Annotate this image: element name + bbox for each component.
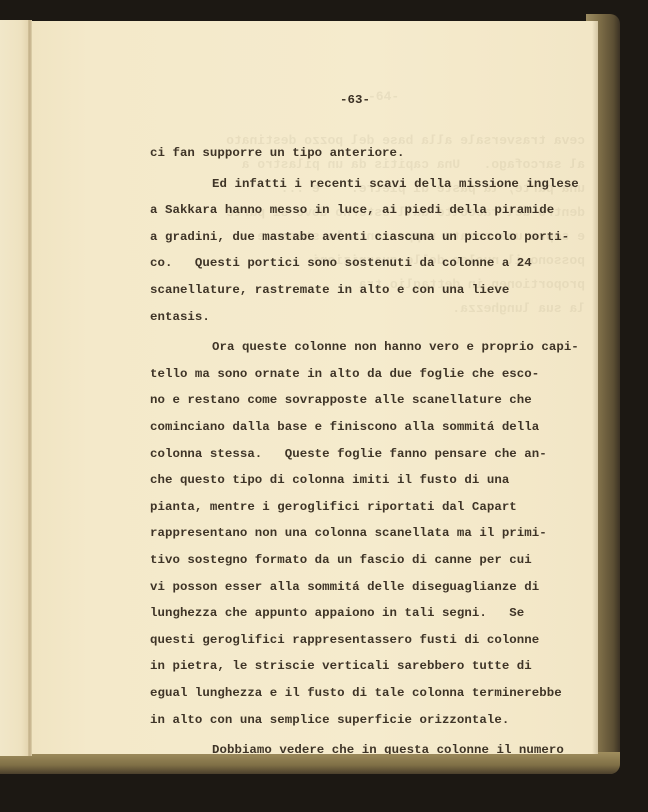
text-line: questi geroglifici rappresentassero fust… xyxy=(150,630,539,650)
scanned-book-page: -64- ceva trasversale alla base del pozz… xyxy=(0,0,648,812)
text-line: colonna stessa. Queste foglie fanno pens… xyxy=(150,444,547,464)
text-line: vi posson esser alla sommitá delle diseg… xyxy=(150,577,539,597)
text-line: ci fan supporre un tipo anteriore. xyxy=(150,143,405,163)
text-line: tivo sostegno formato da un fascio di ca… xyxy=(150,550,532,570)
text-line: rappresentano non una colonna scanellata… xyxy=(150,523,547,543)
text-line: co. Questi portici sono sostenuti da col… xyxy=(150,253,532,273)
text-line: cominciano dalla base e finiscono alla s… xyxy=(150,417,539,437)
text-line: che questo tipo di colonna imiti il fust… xyxy=(150,470,509,490)
bleed-through-page-number: -64- xyxy=(368,85,399,109)
page-edge-shadow xyxy=(592,21,598,754)
text-line: lunghezza che appunto appaiono in tali s… xyxy=(150,603,524,623)
document-page: -64- ceva trasversale alla base del pozz… xyxy=(32,21,598,754)
text-line: tello ma sono ornate in alto da due fogl… xyxy=(150,364,539,384)
text-line: Ora queste colonne non hanno vero e prop… xyxy=(150,337,579,357)
text-line: in alto con una semplice superficie oriz… xyxy=(150,710,509,730)
text-line: Ed infatti i recenti scavi della mission… xyxy=(150,174,579,194)
text-line: entasis. xyxy=(150,307,210,327)
page-number: -63- xyxy=(340,93,370,107)
book-binding-bottom-edge xyxy=(0,752,620,774)
text-line: no e restano come sovrapposte alle scane… xyxy=(150,390,532,410)
text-line: pianta, mentre i geroglifici riportati d… xyxy=(150,497,517,517)
text-line: egual lunghezza e il fusto di tale colon… xyxy=(150,683,562,703)
text-line: scanellature, rastremate in alto e con u… xyxy=(150,280,509,300)
text-line: a Sakkara hanno messo in luce, ai piedi … xyxy=(150,200,554,220)
text-line: a gradini, due mastabe aventi ciascuna u… xyxy=(150,227,569,247)
text-line: Dobbiamo vedere che in questa colonne il… xyxy=(150,740,564,754)
previous-page-edge xyxy=(0,20,30,756)
text-line: in pietra, le striscie verticali sarebbe… xyxy=(150,656,532,676)
